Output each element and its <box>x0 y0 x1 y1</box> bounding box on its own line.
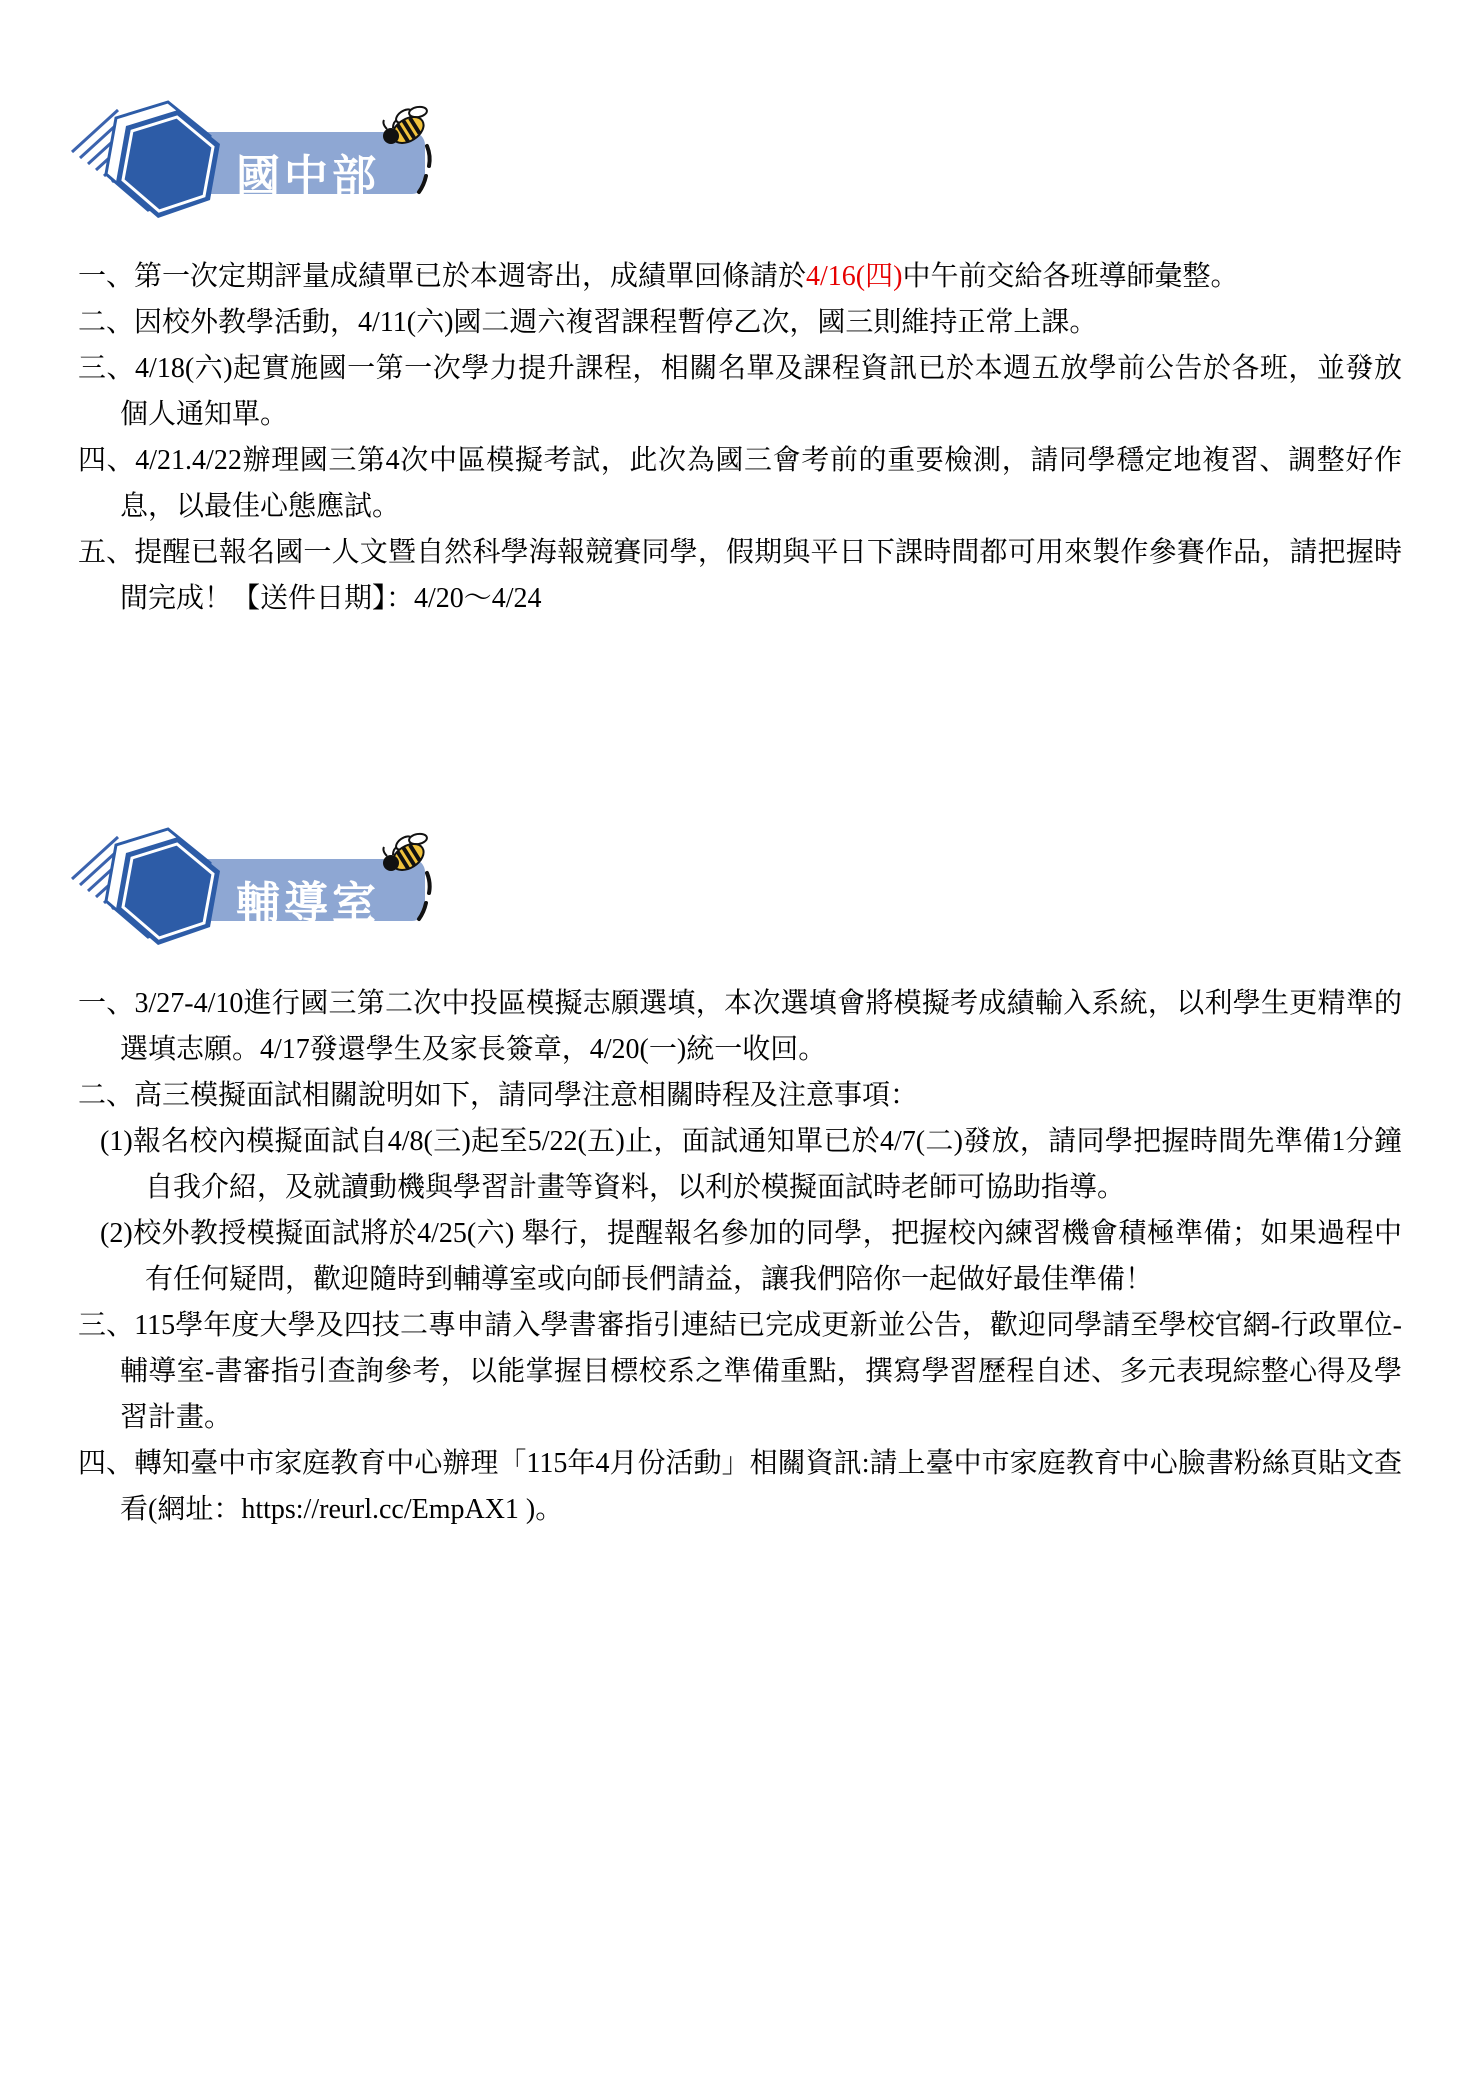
list-item: 三、115學年度大學及四技二專申請入學書審指引連結已完成更新並公告，歡迎同學請至… <box>78 1303 1402 1441</box>
text-run: 第一次定期評量成績單已於本週寄出，成績單回條請於 <box>134 261 806 292</box>
section-counseling: 輔導室 一、3/27-4/10進行國三第二次中投區模擬志願選填，本次選填會將模擬… <box>0 827 1470 1533</box>
item-number: 三、 <box>78 353 135 384</box>
list-item: 二、高三模擬面試相關說明如下，請同學注意相關時程及注意事項： <box>78 1073 1402 1119</box>
list-item: 四、轉知臺中市家庭教育中心辦理「115年4月份活動」相關資訊:請上臺中市家庭教育… <box>78 1441 1402 1533</box>
list-item: 二、因校外教學活動，4/11(六)國二週六複習課程暫停乙次，國三則維持正常上課。 <box>78 300 1402 346</box>
section-header-badge: 國中部 <box>70 100 530 228</box>
item-number: 一、 <box>78 261 134 292</box>
item-number: 三、 <box>78 1310 134 1341</box>
list-item: 三、4/18(六)起實施國一第一次學力提升課程，相關名單及課程資訊已於本週五放學… <box>78 346 1402 438</box>
sub-list-item: (2)校外教授模擬面試將於4/25(六) 舉行，提醒報名參加的同學，把握校內練習… <box>78 1211 1402 1303</box>
highlighted-date: 4/16(四) <box>806 261 902 292</box>
section-junior-high: 國中部 一、第一次定期評量成績單已於本週寄出，成績單回條請於4/16(四)中午前… <box>0 100 1470 622</box>
text-run: 中午前交給各班導師彙整。 <box>902 261 1238 292</box>
list-item: 五、提醒已報名國一人文暨自然科學海報競賽同學，假期與平日下課時間都可用來製作參賽… <box>78 530 1402 622</box>
text-run: 115學年度大學及四技二專申請入學書審指引連結已完成更新並公告，歡迎同學請至學校… <box>120 1310 1402 1433</box>
item-number: 五、 <box>78 537 134 568</box>
section-title: 輔導室 <box>198 867 418 931</box>
text-run: 因校外教學活動，4/11(六)國二週六複習課程暫停乙次，國三則維持正常上課。 <box>134 307 1097 338</box>
subitem-number: (2) <box>100 1218 133 1249</box>
item-number: 四、 <box>78 445 135 476</box>
section-header-badge: 輔導室 <box>70 827 530 955</box>
list-item: 一、3/27-4/10進行國三第二次中投區模擬志願選填，本次選填會將模擬考成績輸… <box>78 981 1402 1073</box>
subitem-number: (1) <box>100 1126 133 1157</box>
text-run: 3/27-4/10進行國三第二次中投區模擬志願選填，本次選填會將模擬考成績輸入系… <box>120 988 1402 1065</box>
text-run: 報名校內模擬面試自4/8(三)起至5/22(五)止，面試通知單已於4/7(二)發… <box>133 1126 1402 1203</box>
item-number: 二、 <box>78 307 134 338</box>
text-run: 轉知臺中市家庭教育中心辦理「115年4月份活動」相關資訊:請上臺中市家庭教育中心… <box>120 1448 1402 1525</box>
text-run: 校外教授模擬面試將於4/25(六) 舉行，提醒報名參加的同學，把握校內練習機會積… <box>133 1218 1402 1295</box>
list-item: 一、第一次定期評量成績單已於本週寄出，成績單回條請於4/16(四)中午前交給各班… <box>78 254 1402 300</box>
list-item: 四、4/21.4/22辦理國三第4次中區模擬考試，此次為國三會考前的重要檢測，請… <box>78 438 1402 530</box>
text-run: 4/18(六)起實施國一第一次學力提升課程，相關名單及課程資訊已於本週五放學前公… <box>120 353 1402 430</box>
item-number: 四、 <box>78 1448 134 1479</box>
text-run: 4/21.4/22辦理國三第4次中區模擬考試，此次為國三會考前的重要檢測，請同學… <box>120 445 1402 522</box>
item-number: 一、 <box>78 988 135 1019</box>
text-run: 提醒已報名國一人文暨自然科學海報競賽同學，假期與平日下課時間都可用來製作參賽作品… <box>120 537 1402 614</box>
text-run: 高三模擬面試相關說明如下，請同學注意相關時程及注意事項： <box>134 1080 918 1111</box>
item-list: 一、3/27-4/10進行國三第二次中投區模擬志願選填，本次選填會將模擬考成績輸… <box>78 981 1402 1533</box>
section-title: 國中部 <box>198 140 418 204</box>
sub-list-item: (1)報名校內模擬面試自4/8(三)起至5/22(五)止，面試通知單已於4/7(… <box>78 1119 1402 1211</box>
item-list: 一、第一次定期評量成績單已於本週寄出，成績單回條請於4/16(四)中午前交給各班… <box>78 254 1402 622</box>
item-number: 二、 <box>78 1080 134 1111</box>
